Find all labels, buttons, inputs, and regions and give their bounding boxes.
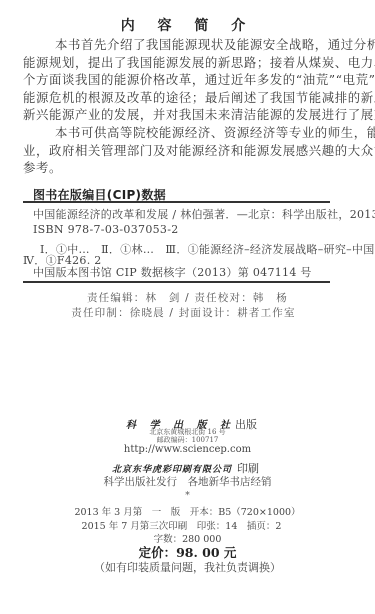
staff-line-2: 责任印制：徐晓晨 / 封面设计：耕者工作室 [0,305,371,320]
text-line: 本书可供高等院校能源经济、资源经济等专业的师生，能源相关企 [23,124,329,142]
cip-number: 中国版本图书馆 CIP 数据核字（2013）第 047114 号 [33,264,312,280]
cip-title-line: 中国能源经济的改革和发展 / 林伯强著．—北京：科学出版社，2013. 3 [33,206,375,222]
staff-line-1: 责任编辑：林 剑 / 责任校对：韩 杨 [0,290,375,305]
quality-note: （如有印装质量问题，我社负责调换） [0,559,375,575]
intro-paragraph-1: 本书首先介绍了我国能源现状及能源安全战略，通过分析“十二五” 能源规划，提出了我… [23,36,329,124]
text-line: 本书首先介绍了我国能源现状及能源安全战略，通过分析“十二五” [23,36,329,54]
text-line: 能源危机的根源及改革的途径；最后阐述了我国节能减排的新思路及国内 [23,89,329,107]
text-line: 业，政府相关管理部门及对能源经济和能源发展感兴趣的大众读者阅读、 [23,142,329,160]
intro-paragraph-2: 本书可供高等院校能源经济、资源经济等专业的师生，能源相关企 业，政府相关管理部门… [23,124,329,177]
cip-bottom-rule [23,281,330,283]
cip-isbn: ISBN 978-7-03-037053-2 [33,223,179,236]
text-line: 能源规划，提出了我国能源发展的新思路；接着从煤炭、电力、石油等几 [23,54,329,72]
text-line: 个方面谈我国的能源价格改革，通过近年多发的“油荒”“电荒”分析了 [23,71,329,89]
cip-top-rule [23,201,330,203]
separator-star: * [0,491,375,501]
section-title: 内 容 简 介 [0,15,375,35]
printing-line: 2015 年 7 月第三次印刷 印张：14 插页：2 [0,518,369,532]
distribution-line: 科学出版社发行 各地新华书店经销 [0,474,375,489]
publisher-url: http://www.sciencep.com [0,444,375,455]
edition-line: 2013 年 3 月第 一 版 开本：B5（720×1000） [0,504,375,518]
text-line: 新兴能源产业的发展，并对我国未来清洁能源的发展进行了展望。 [23,106,329,124]
text-line: 参考。 [23,159,329,177]
